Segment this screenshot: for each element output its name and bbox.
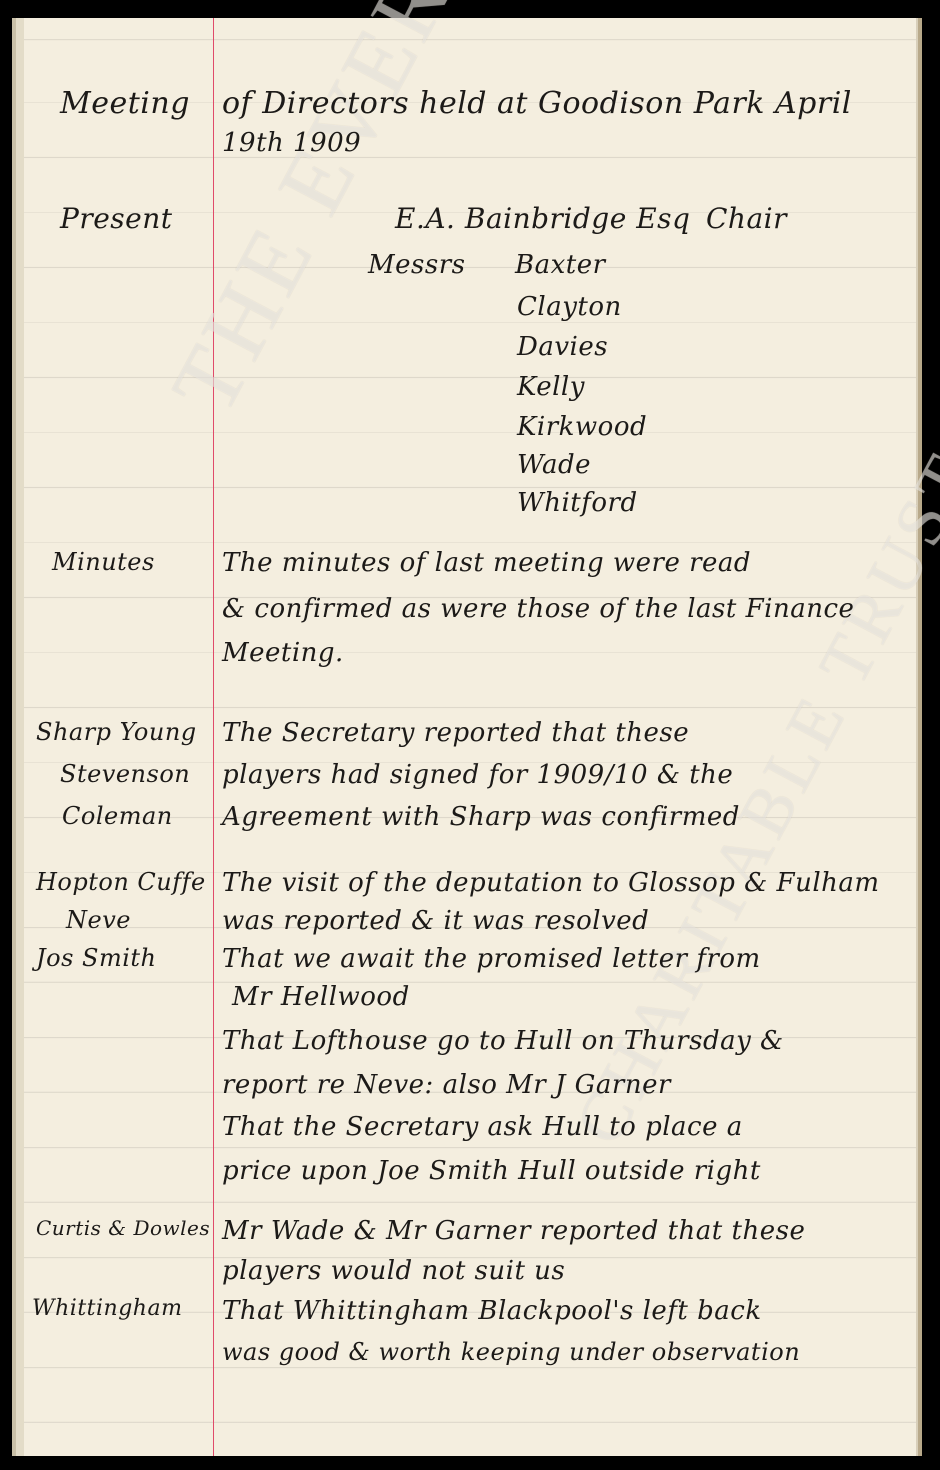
entry-margin-deputation: Hopton Cuffe <box>36 868 206 896</box>
present-name: Davies <box>517 332 608 362</box>
entry-line: The visit of the deputation to Glossop &… <box>222 868 880 898</box>
entry-line: That Whittingham Blackpool's left back <box>222 1296 762 1326</box>
chair-name: E.A. Bainbridge Esq <box>395 202 690 235</box>
chair-role: Chair <box>706 202 787 235</box>
entry-line: players would not suit us <box>222 1256 565 1286</box>
heading-line1: of Directors held at Goodison Park April <box>222 86 852 121</box>
page-left-edge <box>12 18 16 1456</box>
entry-line: players had signed for 1909/10 & the <box>222 760 733 790</box>
entry-margin-deputation: Neve <box>66 906 131 934</box>
entry-line: That we await the promised letter from <box>222 944 761 974</box>
present-label: Present <box>60 202 173 235</box>
entry-margin-curtis: Curtis & Dowles <box>36 1216 210 1240</box>
entry-line: The Secretary reported that these <box>222 718 689 748</box>
entry-line: The minutes of last meeting were read <box>222 548 751 578</box>
entry-line: & confirmed as were those of the last Fi… <box>222 594 854 624</box>
entry-margin-minutes: Minutes <box>52 548 155 576</box>
heading-line2: 19th 1909 <box>222 128 361 158</box>
page-right-edge <box>918 18 922 1456</box>
entry-margin-deputation: Jos Smith <box>36 944 157 972</box>
entry-margin-players: Sharp Young <box>36 718 197 746</box>
entry-line: That the Secretary ask Hull to place a <box>222 1112 743 1142</box>
entry-line: was good & worth keeping under observati… <box>222 1338 800 1366</box>
entry-margin-whittingham: Whittingham <box>32 1296 182 1321</box>
entry-line: Mr Hellwood <box>232 982 410 1012</box>
entry-line: price upon Joe Smith Hull outside right <box>222 1156 761 1186</box>
present-name: Kelly <box>517 372 585 402</box>
present-name: Wade <box>517 450 591 480</box>
entry-line: report re Neve: also Mr J Garner <box>222 1070 671 1100</box>
messrs-label: Messrs <box>368 250 465 280</box>
red-margin-rule <box>213 18 214 1456</box>
present-name: Whitford <box>517 488 638 518</box>
heading-margin: Meeting <box>60 86 190 121</box>
entry-line: Agreement with Sharp was confirmed <box>222 802 740 832</box>
entry-line: Meeting. <box>222 638 344 668</box>
entry-margin-players: Coleman <box>62 802 173 830</box>
present-name: Baxter <box>515 250 606 280</box>
present-name: Clayton <box>517 292 622 322</box>
entry-line: Mr Wade & Mr Garner reported that these <box>222 1216 805 1246</box>
entry-line: was reported & it was resolved <box>222 906 649 936</box>
entry-line: That Lofthouse go to Hull on Thursday & <box>222 1026 784 1056</box>
entry-margin-players: Stevenson <box>60 760 190 788</box>
present-name: Kirkwood <box>517 412 647 442</box>
